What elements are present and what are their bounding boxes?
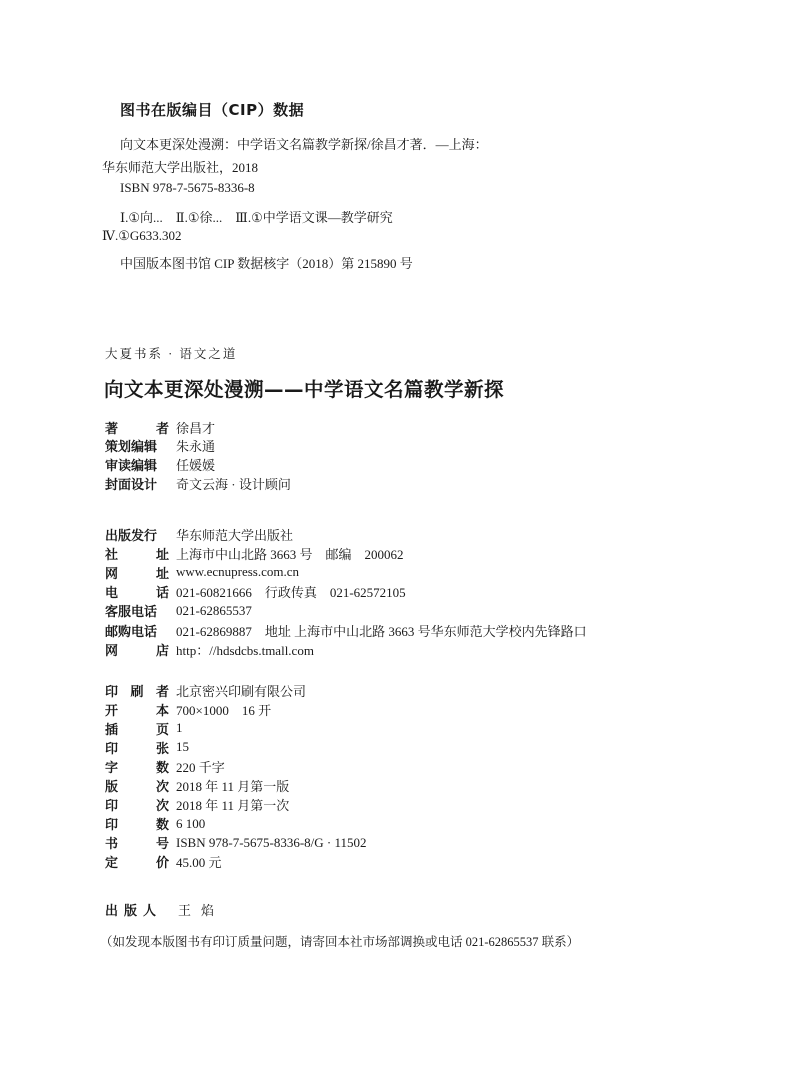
row-label: 定价 [105, 852, 169, 871]
publisher-person-label: 出版人 [105, 900, 162, 919]
row-label-part: 电 [105, 582, 118, 601]
row-label-part: 定 [105, 852, 118, 871]
row-label-part: 印 [105, 681, 118, 700]
row-label: 客服电话 [105, 601, 169, 620]
publishing-row: 社址上海市中山北路 3663 号 邮编 200062 [105, 544, 404, 562]
row-value: 北京密兴印刷有限公司 [176, 681, 306, 700]
row-label-part: 号 [156, 833, 169, 852]
row-label-part: 插 [105, 719, 118, 738]
printing-row: 版次2018 年 11 月第一版 [105, 777, 289, 795]
cip-line-verification: 中国版本图书馆 CIP 数据核字（2018）第 215890 号 [120, 253, 413, 272]
printing-row: 开本700×1000 16 开 [105, 700, 271, 718]
cip-line-classification-number: Ⅳ.①G633.302 [102, 228, 182, 244]
row-label-part: 张 [156, 738, 169, 757]
row-label: 邮购电话 [105, 621, 169, 640]
row-label-part: 数 [156, 757, 169, 776]
row-value: ISBN 978-7-5675-8336-8/G · 11502 [176, 835, 367, 851]
row-value: 6 100 [176, 816, 205, 832]
printing-row: 印张15 [105, 738, 189, 756]
row-value: www.ecnupress.com.cn [176, 564, 299, 580]
quality-note: （如发现本版图书有印订质量问题，请寄回本社市场部调换或电话 021-628655… [100, 932, 579, 950]
row-label-part: 刷 [130, 681, 143, 700]
row-label-part: 址 [156, 563, 169, 582]
row-label: 网址 [105, 563, 169, 582]
row-label: 审读编辑 [105, 455, 169, 474]
cip-line-isbn: ISBN 978-7-5675-8336-8 [120, 180, 255, 196]
publishing-row: 邮购电话021-62869887 地址 上海市中山北路 3663 号华东师范大学… [105, 621, 587, 639]
row-label: 出版发行 [105, 525, 169, 544]
row-label-part: 社 [105, 544, 118, 563]
printing-row: 插页1 [105, 719, 183, 737]
publishing-row: 网店http：//hdsdcbs.tmall.com [105, 640, 314, 658]
series-name: 大夏书系 · 语文之道 [105, 344, 237, 362]
credit-row: 著者徐昌才 [105, 418, 215, 436]
row-label-part: 话 [156, 582, 169, 601]
row-value: 021-62865537 [176, 603, 252, 619]
row-label: 印次 [105, 795, 169, 814]
row-label: 印刷者 [105, 681, 169, 700]
publishing-row: 网址www.ecnupress.com.cn [105, 563, 299, 581]
cip-line-title: 向文本更深处漫溯：中学语文名篇教学新探/徐昌才著．—上海： [120, 134, 488, 153]
row-value: 700×1000 16 开 [176, 700, 271, 719]
cip-heading: 图书在版编目（CIP）数据 [120, 99, 304, 120]
row-label: 印张 [105, 738, 169, 757]
row-label-part: 出版发行 [105, 525, 157, 544]
row-label-part: 开 [105, 700, 118, 719]
row-value: 朱永通 [176, 436, 215, 455]
row-label-part: 网 [105, 563, 118, 582]
row-label-part: 字 [105, 757, 118, 776]
publishing-row: 出版发行华东师范大学出版社 [105, 525, 293, 543]
row-label: 插页 [105, 719, 169, 738]
row-label: 书号 [105, 833, 169, 852]
credit-row: 策划编辑朱永通 [105, 437, 215, 455]
row-label: 策划编辑 [105, 436, 169, 455]
row-label-part: 次 [156, 776, 169, 795]
printing-row: 印刷者北京密兴印刷有限公司 [105, 681, 306, 699]
row-label-part: 价 [156, 852, 169, 871]
row-value: 2018 年 11 月第一版 [176, 776, 289, 795]
row-label: 字数 [105, 757, 169, 776]
row-value: 上海市中山北路 3663 号 邮编 200062 [176, 544, 404, 563]
row-label: 社址 [105, 544, 169, 563]
publisher-person-name: 王焰 [178, 900, 224, 919]
row-label: 开本 [105, 700, 169, 719]
row-value: 15 [176, 739, 189, 755]
row-label-part: 次 [156, 795, 169, 814]
row-value: 45.00 元 [176, 852, 222, 871]
printing-row: 定价45.00 元 [105, 853, 222, 871]
credit-row: 审读编辑任媛媛 [105, 455, 215, 473]
credit-row: 封面设计奇文云海 · 设计顾问 [105, 474, 291, 492]
row-value: 奇文云海 · 设计顾问 [176, 474, 291, 493]
row-label-part: 封面设计 [105, 474, 157, 493]
row-label-part: 页 [156, 719, 169, 738]
row-label-part: 印 [105, 795, 118, 814]
row-label: 著者 [105, 418, 169, 437]
cip-line-publisher: 华东师范大学出版社，2018 [102, 157, 258, 176]
row-label-part: 客服电话 [105, 601, 157, 620]
row-label-part: 者 [156, 681, 169, 700]
row-value: http：//hdsdcbs.tmall.com [176, 640, 314, 659]
row-value: 任媛媛 [176, 455, 215, 474]
row-label-part: 印 [105, 738, 118, 757]
row-value: 021-60821666 行政传真 021-62572105 [176, 582, 406, 601]
printing-row: 印数6 100 [105, 815, 205, 833]
row-label-part: 书 [105, 833, 118, 852]
row-value: 220 千字 [176, 757, 225, 776]
printing-row: 印次2018 年 11 月第一次 [105, 796, 289, 814]
row-label: 版次 [105, 776, 169, 795]
row-label-part: 著 [105, 418, 118, 437]
row-label: 电话 [105, 582, 169, 601]
row-label-part: 审读编辑 [105, 455, 157, 474]
publishing-row: 客服电话021-62865537 [105, 602, 252, 620]
row-label-part: 印 [105, 814, 118, 833]
printing-row: 字数220 千字 [105, 757, 225, 775]
row-value: 2018 年 11 月第一次 [176, 795, 289, 814]
row-label-part: 数 [156, 814, 169, 833]
row-label-part: 本 [156, 700, 169, 719]
row-label-part: 网 [105, 640, 118, 659]
row-label-part: 店 [156, 640, 169, 659]
row-label-part: 策划编辑 [105, 436, 157, 455]
book-title: 向文本更深处漫溯——中学语文名篇教学新探 [104, 374, 504, 402]
row-label-part: 版 [105, 776, 118, 795]
row-label-part: 邮购电话 [105, 621, 157, 640]
row-label-part: 址 [156, 544, 169, 563]
cip-line-classification: Ⅰ.①向... Ⅱ.①徐... Ⅲ.①中学语文课—教学研究 [120, 207, 393, 226]
row-value: 021-62869887 地址 上海市中山北路 3663 号华东师范大学校内先锋… [176, 621, 587, 640]
row-value: 华东师范大学出版社 [176, 525, 293, 544]
row-label: 网店 [105, 640, 169, 659]
row-value: 1 [176, 720, 183, 736]
publishing-row: 电话021-60821666 行政传真 021-62572105 [105, 583, 406, 601]
printing-row: 书号ISBN 978-7-5675-8336-8/G · 11502 [105, 834, 367, 852]
row-label: 封面设计 [105, 474, 169, 493]
row-label-part: 者 [156, 418, 169, 437]
row-label: 印数 [105, 814, 169, 833]
row-value: 徐昌才 [176, 418, 215, 437]
